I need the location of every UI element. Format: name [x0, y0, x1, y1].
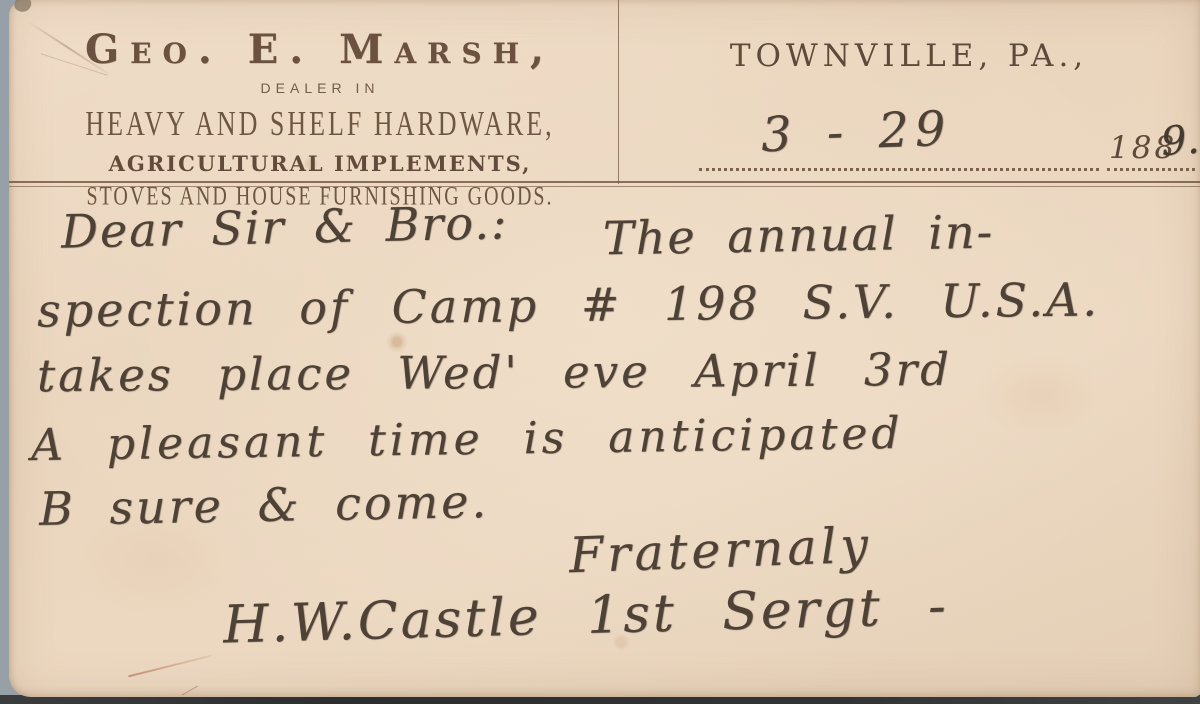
merchant-name: Geo. E. Marsh,	[77, 26, 563, 73]
message-line-1: The annual in-	[603, 205, 995, 266]
message-line-2: spection of Camp # 198 S.V. U.S.A.	[37, 272, 1100, 337]
horizontal-rule-thin	[9, 186, 1200, 187]
business-line-implements: AGRICULTURAL IMPLEMENTS,	[77, 151, 563, 176]
scanned-postcard-image: Geo. E. Marsh, DEALER IN HEAVY AND SHELF…	[0, 0, 1200, 704]
message-line-3: takes place Wed' eve April 3rd	[37, 343, 952, 402]
salutation: Dear Sir & Bro.:	[60, 195, 508, 258]
signature: H.W.Castle 1st Sergt -	[222, 577, 949, 656]
handwritten-date: 3 - 29	[760, 101, 952, 164]
scratch-mark	[182, 686, 198, 696]
postcard: Geo. E. Marsh, DEALER IN HEAVY AND SHELF…	[9, 0, 1200, 697]
business-line-hardware: HEAVY AND SHELF HARDWARE,	[77, 104, 563, 145]
message-line-5: B sure & come.	[39, 474, 490, 536]
handwritten-year-digit: 9.	[1159, 117, 1200, 166]
dealer-in-label: DEALER IN	[77, 80, 563, 96]
place-line: TOWNVILLE, PA.,	[639, 38, 1179, 74]
horizontal-rule-thick	[9, 181, 1200, 183]
scratch-mark	[128, 655, 212, 678]
vertical-divider-rule	[618, 0, 619, 184]
corner-damage-mark	[12, 0, 33, 15]
message-line-4: A pleasant time is anticipated	[31, 408, 904, 471]
closing: Fraternaly	[568, 517, 873, 585]
